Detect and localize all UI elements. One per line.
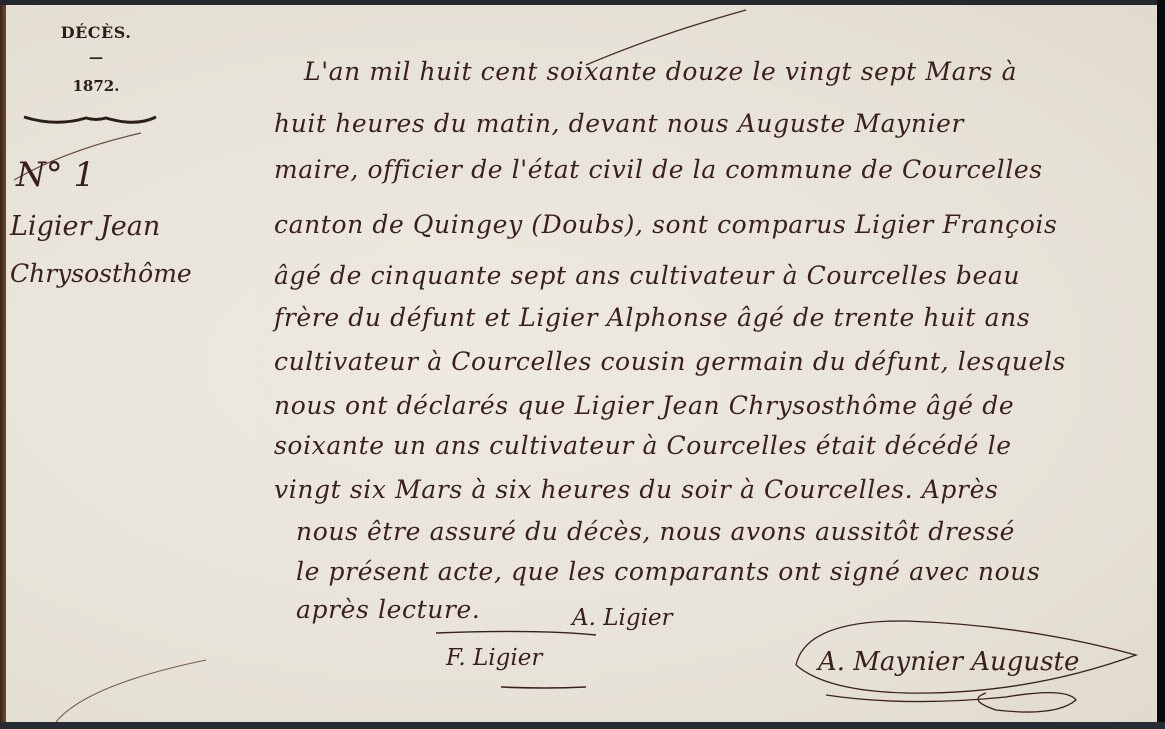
window-right-border bbox=[1157, 0, 1165, 729]
body-line: nous ont déclarés que Ligier Jean Chryso… bbox=[274, 391, 1014, 420]
body-line: cultivateur à Courcelles cousin germain … bbox=[274, 347, 1066, 376]
deceased-name-line1: Ligier Jean bbox=[10, 211, 160, 242]
page-heading: DÉCÈS. bbox=[46, 23, 146, 42]
body-line: maire, officier de l'état civil de la co… bbox=[274, 155, 1043, 184]
body-line: frère du défunt et Ligier Alphonse âgé d… bbox=[274, 303, 1030, 332]
record-number: N° 1 bbox=[16, 155, 95, 195]
body-line: âgé de cinquante sept ans cultivateur à … bbox=[274, 261, 1020, 290]
body-line: L'an mil huit cent soixante douze le vin… bbox=[304, 57, 1017, 86]
page-year: 1872. bbox=[46, 77, 146, 95]
body-line: canton de Quingey (Doubs), sont comparus… bbox=[274, 210, 1057, 239]
signature-a-ligier: A. Ligier bbox=[572, 605, 673, 631]
body-line: huit heures du matin, devant nous August… bbox=[274, 109, 964, 138]
body-line: le présent acte, que les comparants ont … bbox=[296, 557, 1040, 586]
heading-separator: — bbox=[46, 50, 146, 66]
register-page: DÉCÈS. — 1872. N° 1 Ligier Jean Chrysost… bbox=[6, 5, 1157, 722]
body-line: soixante un ans cultivateur à Courcelles… bbox=[274, 431, 1012, 460]
deceased-name-line2: Chrysosthôme bbox=[10, 259, 192, 288]
window-bottom-bar bbox=[0, 722, 1165, 729]
body-line: nous être assuré du décès, nous avons au… bbox=[296, 517, 1015, 546]
body-line: après lecture. bbox=[296, 595, 480, 624]
body-line: vingt six Mars à six heures du soir à Co… bbox=[274, 475, 998, 504]
signature-f-ligier: F. Ligier bbox=[446, 645, 542, 671]
signature-mayor: A. Maynier Auguste bbox=[818, 647, 1079, 677]
